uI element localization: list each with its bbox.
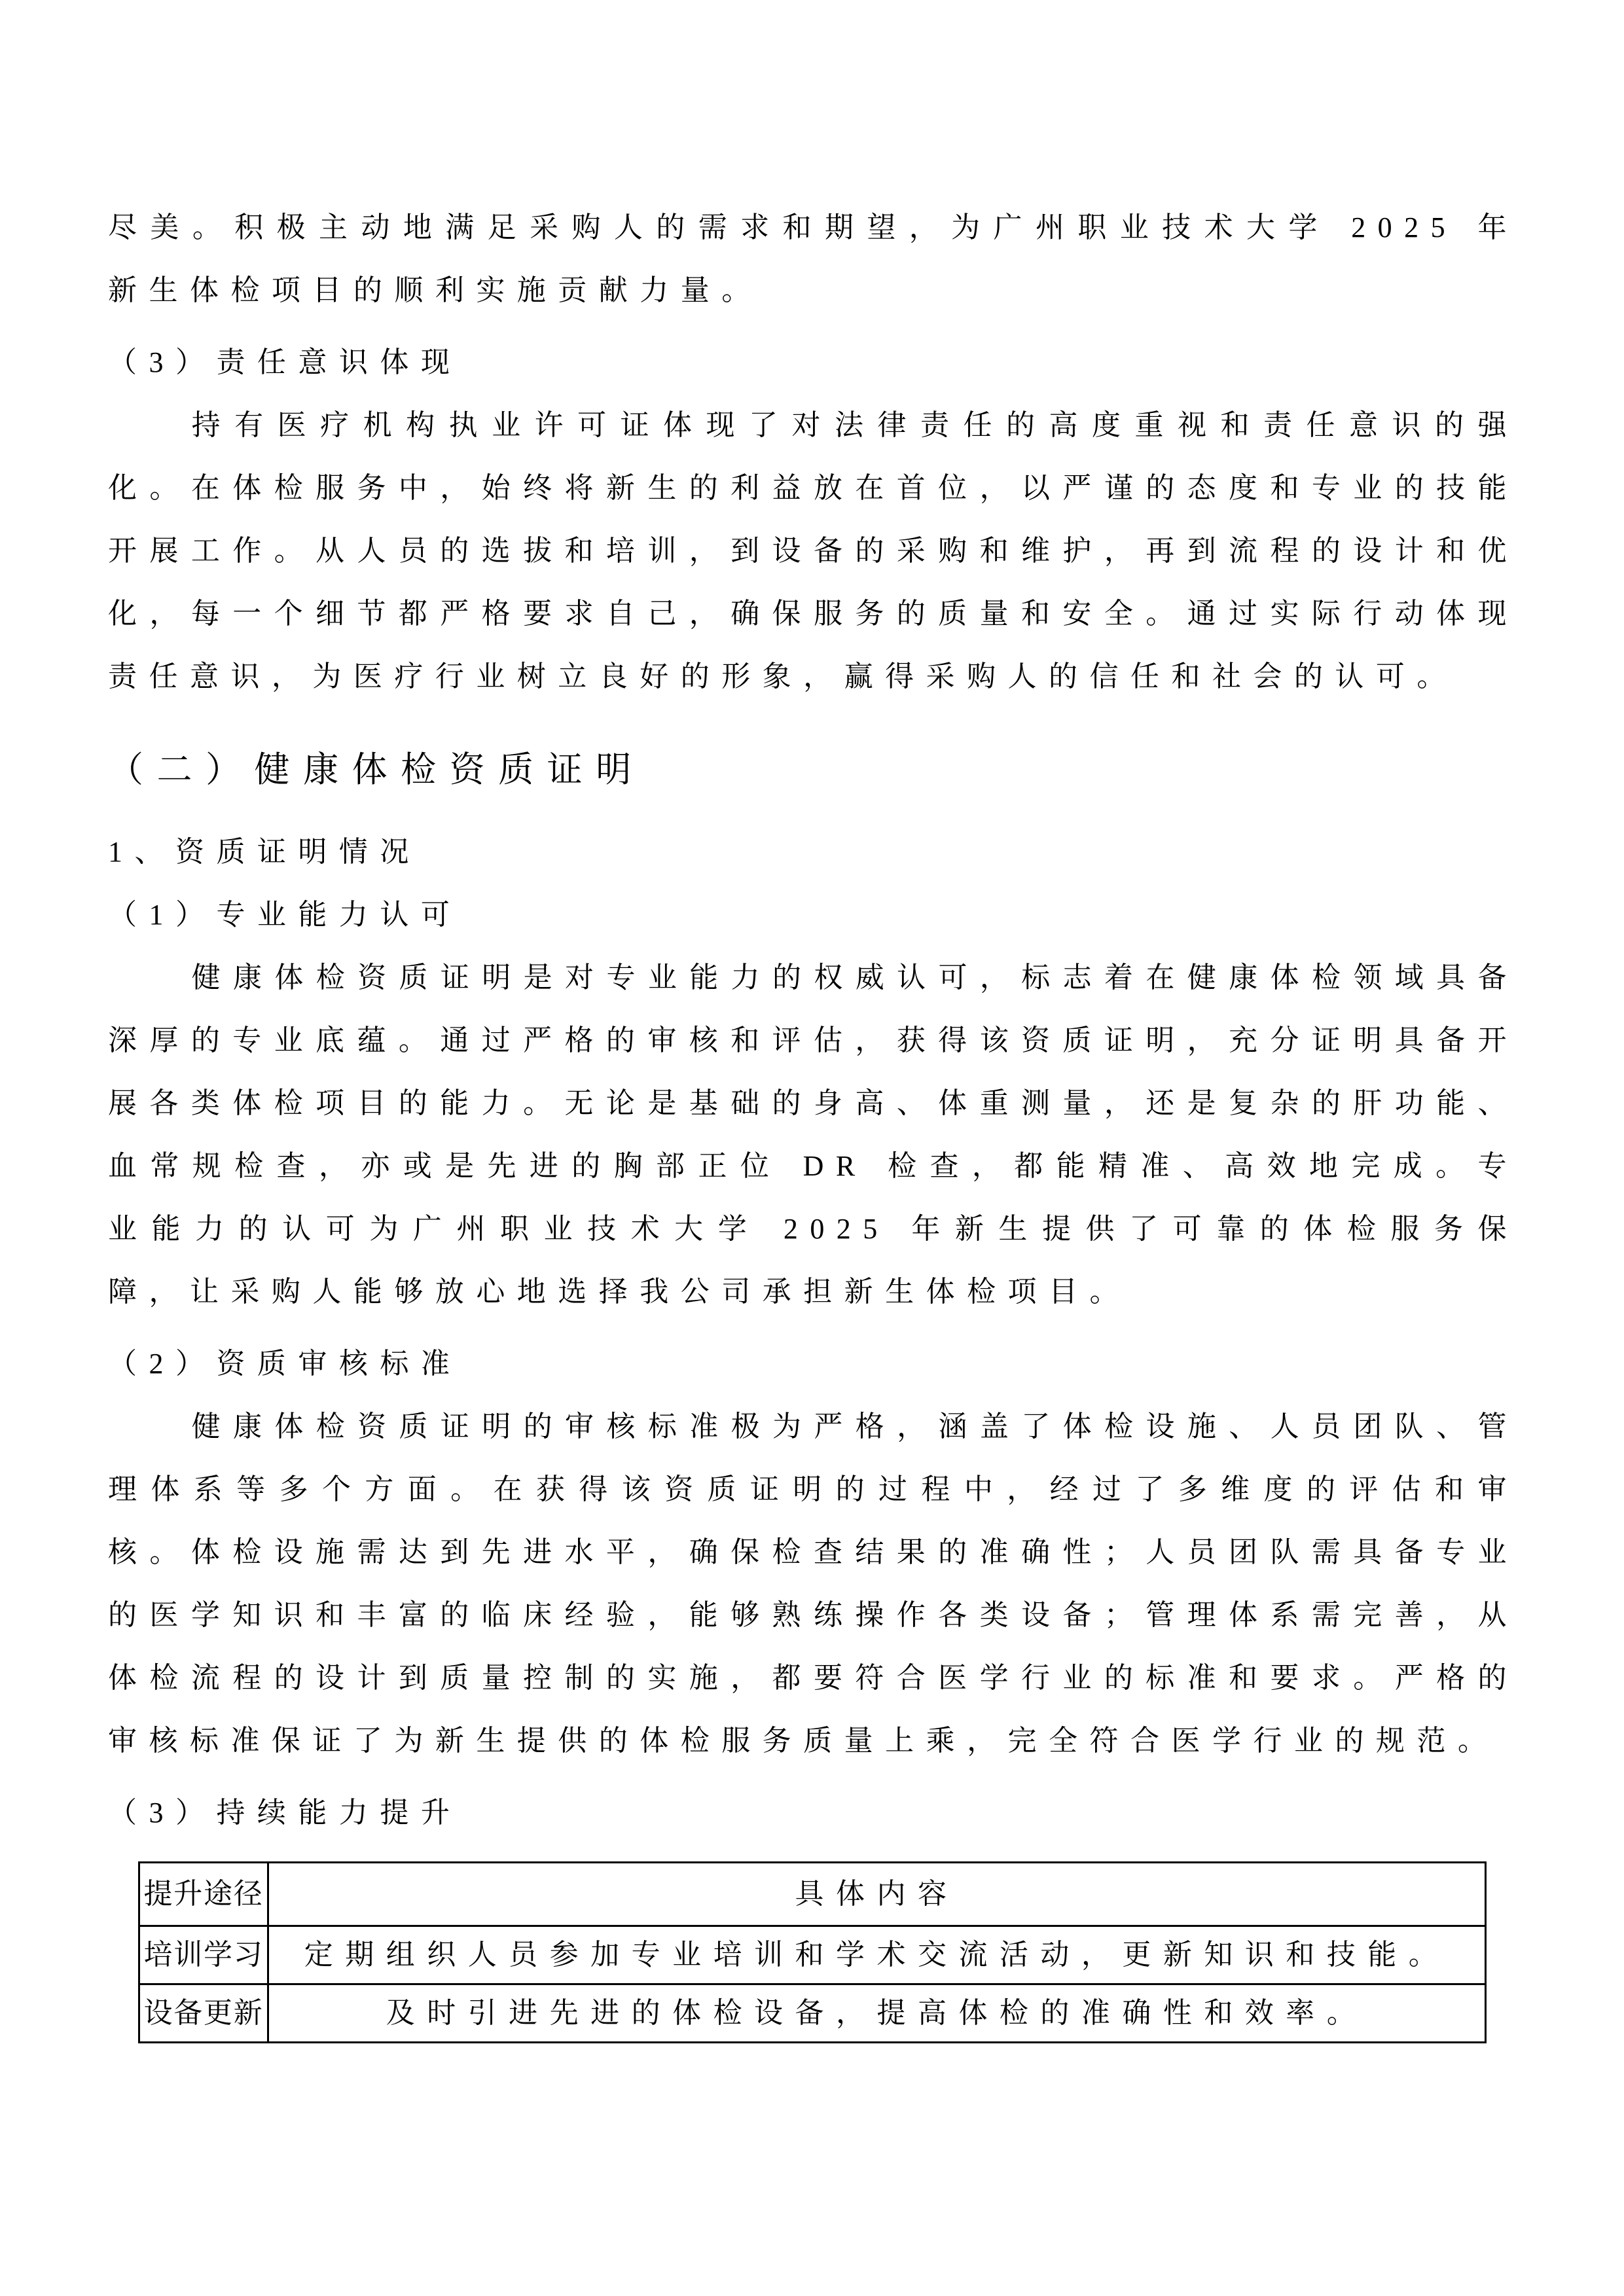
table-cell-detail: 及时引进先进的体检设备，提高体检的准确性和效率。	[268, 1984, 1486, 2043]
heading-continuous-improvement: （3）持续能力提升	[108, 1782, 1519, 1844]
paragraph-audit-standards: 健康体检资质证明的审核标准极为严格，涵盖了体检设施、人员团队、管理体系等多个方面…	[108, 1395, 1519, 1772]
table-header-route: 提升途径	[139, 1863, 268, 1926]
table-header-row: 提升途径 具体内容	[139, 1863, 1486, 1926]
heading-ability-recognition: （1）专业能力认可	[108, 884, 1519, 946]
table-cell-route: 设备更新	[139, 1984, 268, 2043]
document-page: 尽美。积极主动地满足采购人的需求和期望，为广州职业技术大学 2025 年新生体检…	[0, 0, 1624, 2296]
table-row-training: 培训学习 定期组织人员参加专业培训和学术交流活动，更新知识和技能。	[139, 1926, 1486, 1984]
heading-qualification-status: 1、资质证明情况	[108, 821, 1519, 884]
table-cell-route: 培训学习	[139, 1926, 268, 1984]
heading-audit-standards: （2）资质审核标准	[108, 1333, 1519, 1395]
improvement-table: 提升途径 具体内容 培训学习 定期组织人员参加专业培训和学术交流活动，更新知识和…	[138, 1861, 1487, 2043]
table-row-equipment: 设备更新 及时引进先进的体检设备，提高体检的准确性和效率。	[139, 1984, 1486, 2043]
heading-responsibility: （3）责任意识体现	[108, 331, 1519, 394]
section-heading-health-qualification: （二）健康体检资质证明	[108, 732, 1519, 808]
table-header-detail: 具体内容	[268, 1863, 1486, 1926]
paragraph-ability-recognition: 健康体检资质证明是对专业能力的权威认可，标志着在健康体检领域具备深厚的专业底蕴。…	[108, 946, 1519, 1323]
paragraph-responsibility: 持有医疗机构执业许可证体现了对法律责任的高度重视和责任意识的强化。在体检服务中，…	[108, 394, 1519, 708]
paragraph-continuation: 尽美。积极主动地满足采购人的需求和期望，为广州职业技术大学 2025 年新生体检…	[108, 196, 1519, 322]
table-cell-detail: 定期组织人员参加专业培训和学术交流活动，更新知识和技能。	[268, 1926, 1486, 1984]
